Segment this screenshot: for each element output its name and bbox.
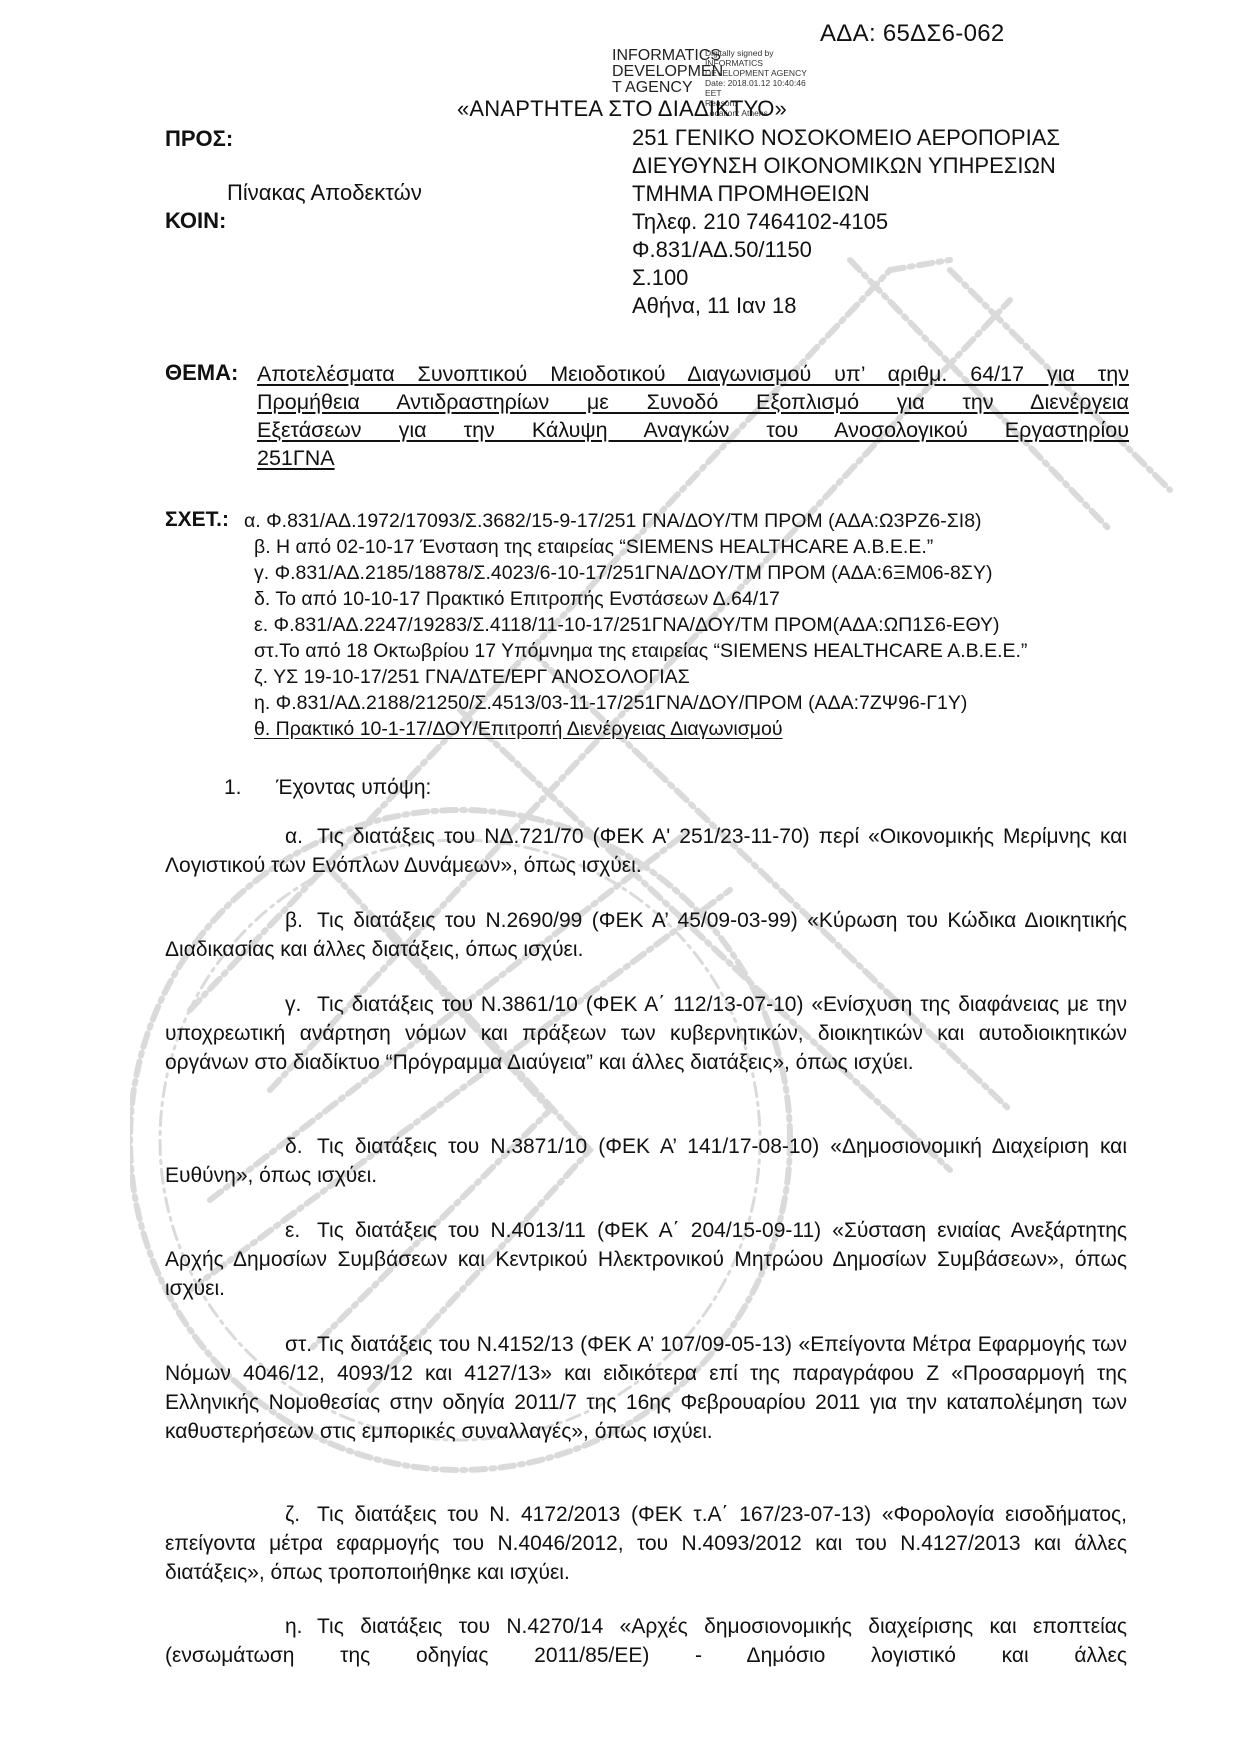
- recipients-list-link: Πίνακας Αποδεκτών: [227, 180, 422, 206]
- section-title: Έχοντας υπόψη:: [276, 776, 431, 799]
- body-paragraph: στ.Τις διατάξεις του Ν.4152/13 (ΦΕΚ Α’ 1…: [165, 1330, 1127, 1446]
- reference-item: ε. Φ.831/ΑΔ.2247/19283/Σ.4118/11-10-17/2…: [254, 612, 1027, 638]
- reference-item: α. Φ.831/ΑΔ.1972/17093/Σ.3682/15-9-17/25…: [244, 508, 1027, 534]
- reference-item: η. Φ.831/ΑΔ.2188/21250/Σ.4513/03-11-17/2…: [254, 690, 1027, 716]
- subject-line: Αποτελέσματα Συνοπτικού Μειοδοτικού Διαγ…: [257, 360, 1129, 388]
- body-paragraph: β.Τις διατάξεις του Ν.2690/99 (ΦΕΚ Α’ 45…: [165, 906, 1127, 964]
- reference-item: β. Η από 02-10-17 Ένσταση της εταιρείας …: [254, 534, 1027, 560]
- section-number: 1.: [224, 776, 276, 800]
- body-paragraph: ζ.Τις διατάξεις του Ν. 4172/2013 (ΦΕΚ τ.…: [165, 1500, 1127, 1587]
- publish-notice: «ΑΝΑΡΤΗΤΕΑ ΣΤΟ ΔΙΑΔΙΚΤΥΟ»: [457, 96, 787, 122]
- paragraph-mark: α.: [285, 822, 317, 851]
- subject-text: Αποτελέσματα Συνοπτικού Μειοδοτικού Διαγ…: [257, 360, 1129, 472]
- protocol-section: Σ.100: [632, 264, 1060, 292]
- subject-line: 251ΓΝΑ: [257, 444, 1129, 472]
- body-paragraph: α.Τις διατάξεις του ΝΔ.721/70 (ΦΕΚ Α' 25…: [165, 822, 1127, 880]
- reference-item: δ. Το από 10-10-17 Πρακτικό Επιτροπής Εν…: [254, 586, 1027, 612]
- paragraph-mark: γ.: [285, 990, 317, 1019]
- signature-detail-line: DEVELOPMENT AGENCY: [705, 68, 807, 78]
- sender-department: ΤΜΗΜΑ ΠΡΟΜΗΘΕΙΩΝ: [632, 180, 1060, 208]
- paragraph-mark: η.: [285, 1612, 317, 1641]
- references-label: ΣΧΕΤ.:: [165, 508, 229, 532]
- body-paragraph: δ.Τις διατάξεις του Ν.3871/10 (ΦΕΚ Α’ 14…: [165, 1132, 1127, 1190]
- reference-item: στ.Το από 18 Οκτωβρίου 17 Υπόμνημα της ε…: [254, 638, 1027, 664]
- sender-organization: 251 ΓΕΝΙΚΟ ΝΟΣΟΚΟΜΕΙΟ ΑΕΡΟΠΟΡΙΑΣ: [632, 124, 1060, 152]
- protocol-number: Φ.831/ΑΔ.50/1150: [632, 236, 1060, 264]
- subject-line: Εξετάσεων για την Κάλυψη Αναγκών του Ανο…: [257, 416, 1129, 444]
- cc-label: ΚΟΙΝ:: [165, 208, 226, 234]
- paragraph-mark: δ.: [285, 1132, 317, 1161]
- section-heading: 1.Έχοντας υπόψη:: [224, 776, 431, 800]
- reference-item: γ. Φ.831/ΑΔ.2185/18878/Σ.4023/6-10-17/25…: [254, 560, 1027, 586]
- signature-detail-line: INFORMATICS: [705, 58, 807, 68]
- subject-line: Προμήθεια Αντιδραστηρίων με Συνοδό Εξοπλ…: [257, 388, 1129, 416]
- sender-phone: Τηλεφ. 210 7464102-4105: [632, 208, 1060, 236]
- sender-directorate: ΔΙΕΥΘΥΝΣΗ ΟΙΚΟΝΟΜΙΚΩΝ ΥΠΗΡΕΣΙΩΝ: [632, 152, 1060, 180]
- paragraph-mark: β.: [285, 906, 317, 935]
- paragraph-mark: στ.: [285, 1330, 317, 1359]
- to-label: ΠΡΟΣ:: [165, 126, 233, 152]
- paragraph-mark: ζ.: [285, 1500, 317, 1529]
- document-page: ΑΔΑ: 65ΔΣ6-062 INFORMATICS DEVELOPMEN T …: [0, 0, 1239, 1754]
- reference-item: ζ. ΥΣ 19-10-17/251 ΓΝΑ/ΔΤΕ/ΕΡΓ ΑΝΟΣΟΛΟΓΙ…: [254, 664, 1027, 690]
- document-date: Αθήνα, 11 Ιαν 18: [632, 292, 1060, 320]
- body-paragraph: ε.Τις διατάξεις του Ν.4013/11 (ΦΕΚ Α΄ 20…: [165, 1216, 1127, 1303]
- subject-label: ΘΕΜΑ:: [165, 360, 238, 386]
- signature-detail-line: Digitally signed by: [705, 48, 807, 58]
- signature-detail-line: Date: 2018.01.12 10:40:46: [705, 78, 807, 88]
- body-paragraph: η.Τις διατάξεις του Ν.4270/14 «Αρχές δημ…: [165, 1612, 1127, 1670]
- reference-item: θ. Πρακτικό 10-1-17/ΔΟΥ/Επιτροπή Διενέργ…: [254, 716, 1027, 742]
- paragraph-mark: ε.: [285, 1216, 317, 1245]
- references-list: α. Φ.831/ΑΔ.1972/17093/Σ.3682/15-9-17/25…: [244, 508, 1027, 742]
- sender-block: 251 ΓΕΝΙΚΟ ΝΟΣΟΚΟΜΕΙΟ ΑΕΡΟΠΟΡΙΑΣ ΔΙΕΥΘΥΝ…: [632, 124, 1060, 320]
- ada-code: ΑΔΑ: 65ΔΣ6-062: [820, 20, 1005, 48]
- body-paragraph: γ.Τις διατάξεις του Ν.3861/10 (ΦΕΚ Α΄ 11…: [165, 990, 1127, 1077]
